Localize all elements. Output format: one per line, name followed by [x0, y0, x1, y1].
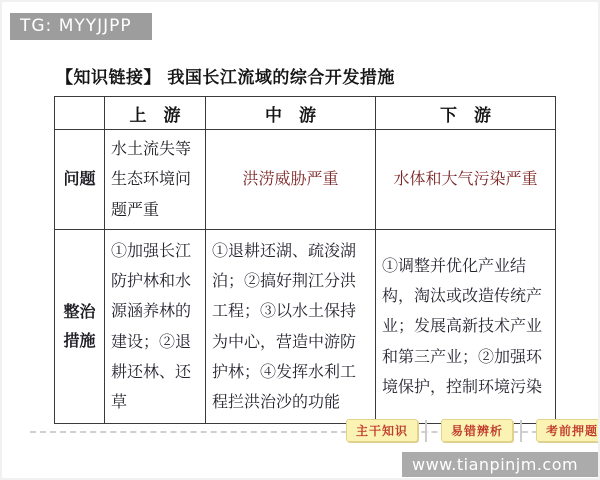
main-knowledge-button[interactable]: 主干知识	[346, 419, 418, 442]
column-header-lower-reaches: 下 游	[376, 97, 556, 130]
table-row-measures: 整治措施 ①加强长江防护林和水源涵养林的建设；②退耕还林、还草 ①退耕还湖、疏浚…	[55, 230, 556, 424]
tg-badge-text: TG: MYYJJPP	[20, 16, 132, 36]
nav-group-error-analysis: 易错辨析	[441, 419, 522, 442]
measures-middle-cell: ①退耕还湖、疏浚湖泊；②搞好荆江分洪工程；③以水土保持为中心，营造中游防护林；④…	[206, 230, 376, 424]
nav-separator	[425, 420, 427, 442]
table-header-row: 上 游 中 游 下 游	[55, 97, 556, 130]
table-row-problems: 问题 水土流失等生态环境问题严重 洪涝威胁严重 水体和大气污染严重	[55, 130, 556, 230]
column-header-middle-reaches: 中 游	[206, 97, 376, 130]
exam-prediction-button[interactable]: 考前押题	[536, 419, 600, 442]
page-title: 【知识链接】 我国长江流域的综合开发措施	[56, 63, 395, 88]
slide-page: TG: MYYJJPP 【知识链接】 我国长江流域的综合开发措施 上 游 中 游…	[0, 0, 600, 480]
table-corner-cell	[55, 97, 105, 130]
nav-group-main-knowledge: 主干知识	[346, 419, 427, 442]
watermark-bar: www.tianpinjm.com	[402, 452, 600, 477]
row-label-problems: 问题	[55, 130, 105, 230]
problems-upper-cell: 水土流失等生态环境问题严重	[105, 130, 206, 230]
column-header-upper-reaches: 上 游	[105, 97, 206, 130]
error-analysis-button[interactable]: 易错辨析	[441, 419, 513, 442]
yangtze-measures-table: 上 游 中 游 下 游 问题 水土流失等生态环境问题严重 洪涝威胁严重 水体和大…	[54, 96, 556, 424]
measures-upper-cell: ①加强长江防护林和水源涵养林的建设；②退耕还林、还草	[105, 230, 206, 424]
nav-group-exam-prediction: 考前押题	[536, 419, 600, 442]
problems-middle-cell: 洪涝威胁严重	[206, 130, 376, 230]
footer-nav-bar: 主干知识 易错辨析 考前押题	[346, 419, 600, 442]
watermark-url: www.tianpinjm.com	[412, 455, 578, 474]
problems-lower-cell: 水体和大气污染严重	[376, 130, 556, 230]
measures-lower-cell: ①调整并优化产业结构，淘汰或改造传统产业；发展高新技术产业和第三产业；②加强环境…	[376, 230, 556, 424]
tg-badge: TG: MYYJJPP	[10, 13, 152, 40]
nav-separator	[520, 420, 522, 442]
row-label-measures: 整治措施	[55, 230, 105, 424]
